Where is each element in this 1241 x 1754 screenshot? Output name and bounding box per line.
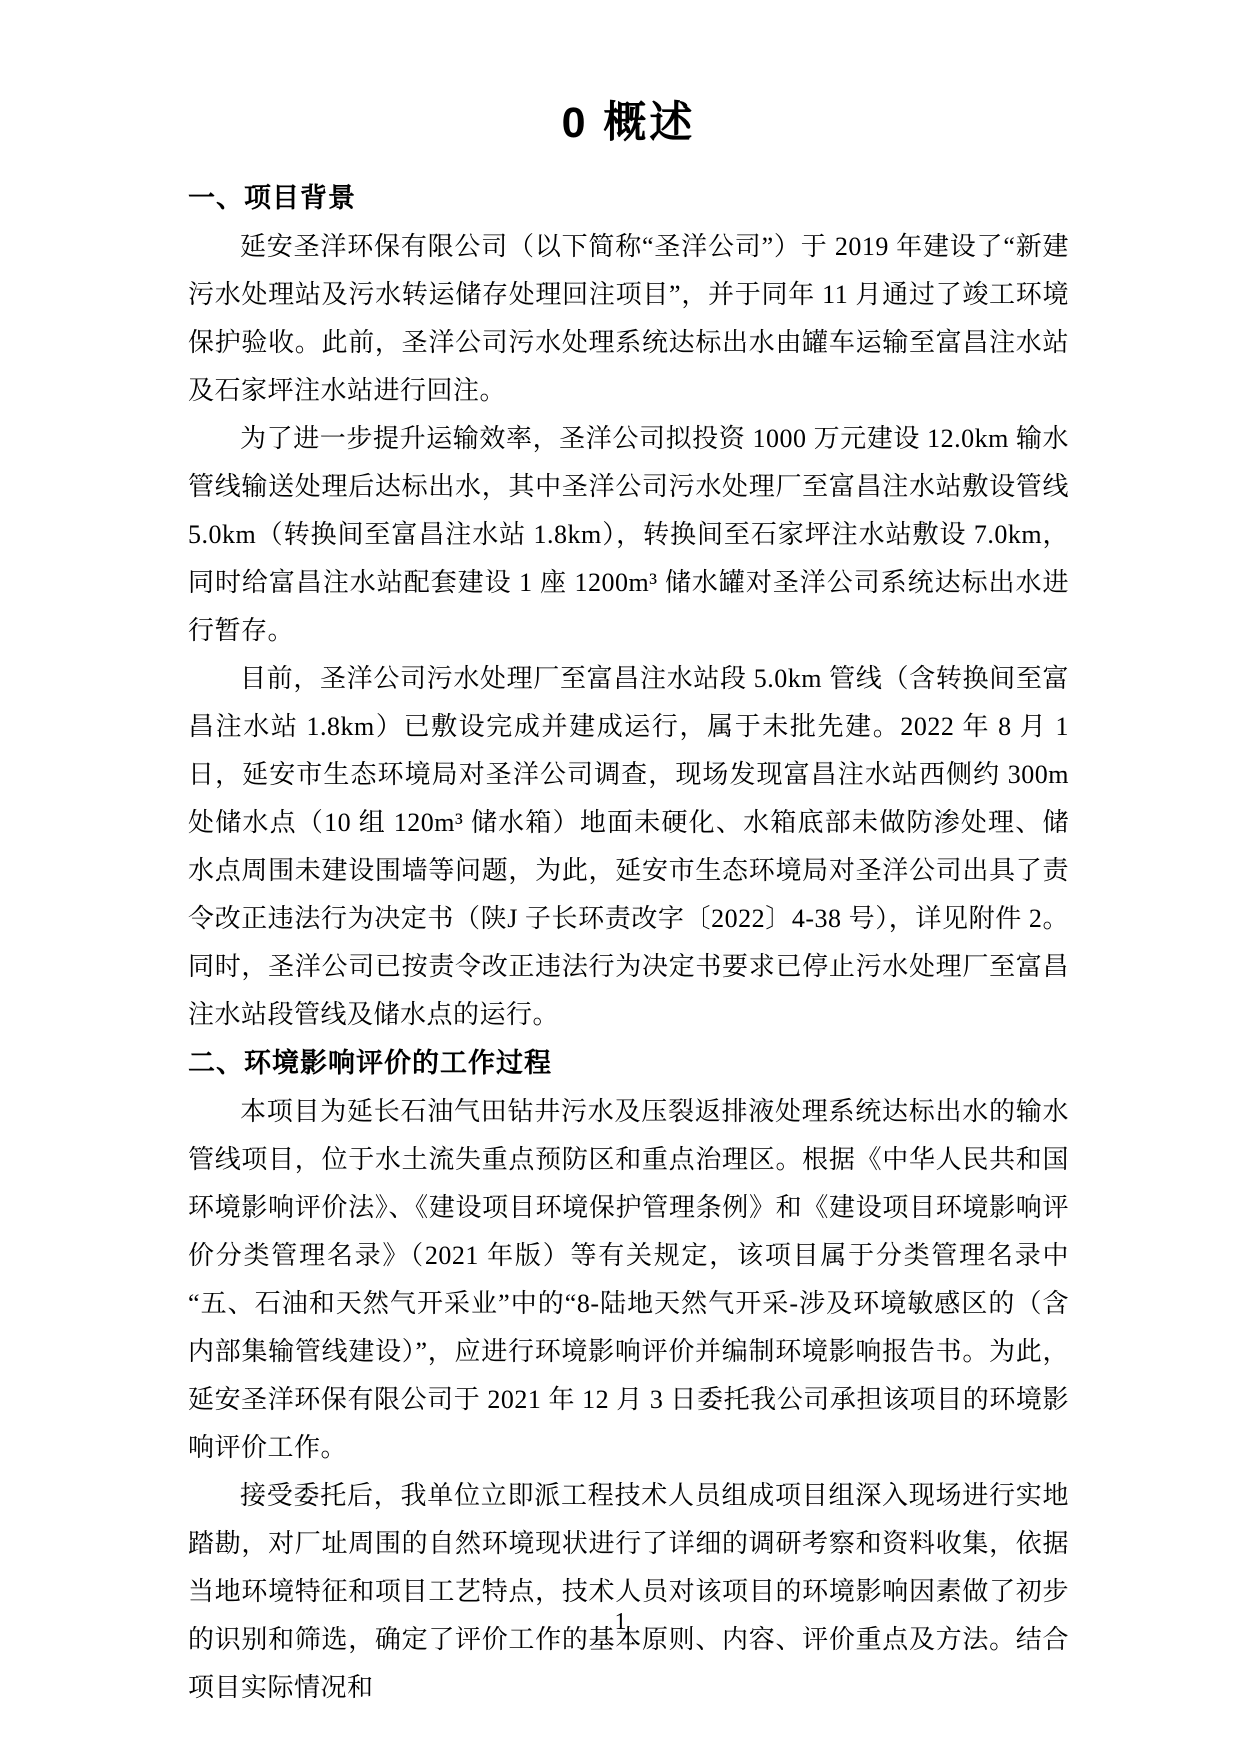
paragraph-eia-work-process-2: 接受委托后，我单位立即派工程技术人员组成项目组深入现场进行实地踏勘，对厂址周围的… [188, 1472, 1069, 1712]
paragraph-project-background-3: 目前，圣洋公司污水处理厂至富昌注水站段 5.0km 管线（含转换间至富昌注水站 … [188, 655, 1069, 1039]
paragraph-eia-work-process-1: 本项目为延长石油气田钻井污水及压裂返排液处理系统达标出水的输水管线项目，位于水土… [188, 1088, 1069, 1472]
paragraph-project-background-1: 延安圣洋环保有限公司（以下简称“圣洋公司”）于 2019 年建设了“新建污水处理… [188, 223, 1069, 415]
document-page: 0 概述 一、项目背景 延安圣洋环保有限公司（以下简称“圣洋公司”）于 2019… [0, 0, 1241, 1754]
page-number: 1 [0, 1609, 1241, 1636]
section-heading-eia-work-process: 二、环境影响评价的工作过程 [188, 1039, 1069, 1088]
paragraph-project-background-2: 为了进一步提升运输效率，圣洋公司拟投资 1000 万元建设 12.0km 输水管… [188, 415, 1069, 655]
section-heading-project-background: 一、项目背景 [188, 174, 1069, 223]
document-title: 0 概述 [188, 96, 1069, 150]
